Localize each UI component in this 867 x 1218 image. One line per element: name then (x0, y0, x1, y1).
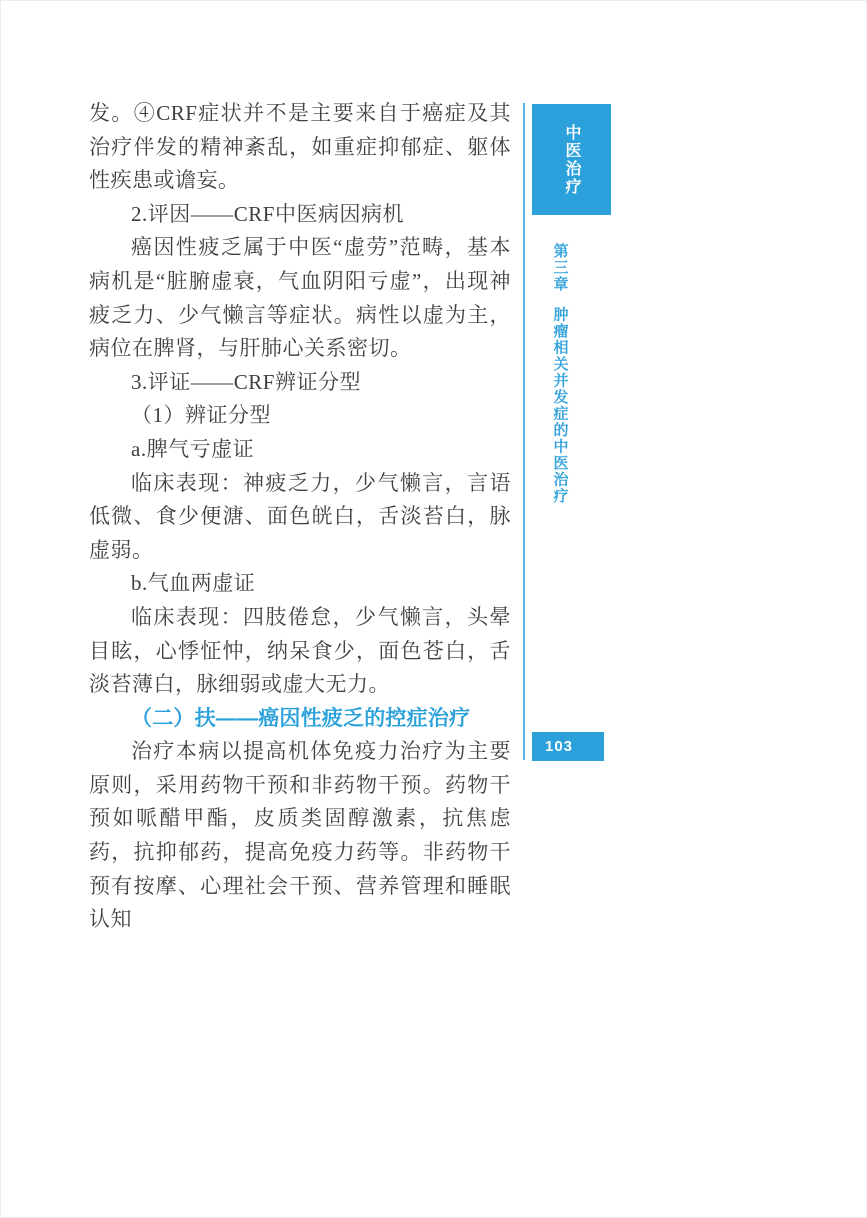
paragraph: 临床表现：神疲乏力，少气懒言，言语低微、食少便溏、面色㿠白，舌淡苔白，脉虚弱。 (89, 467, 511, 568)
paragraph: 3.评证——CRF辨证分型 (89, 366, 511, 400)
paragraph: b.气血两虚证 (89, 567, 511, 601)
body-text-column: 发。④CRF症状并不是主要来自于癌症及其治疗伴发的精神紊乱，如重症抑郁症、躯体性… (89, 97, 511, 937)
page-number: 103 (532, 738, 573, 755)
section-heading: （二）扶——癌因性疲乏的控症治疗 (89, 702, 511, 736)
chapter-title: 肿瘤相关并发症的中医治疗 (552, 307, 569, 505)
paragraph: a.脾气亏虚证 (89, 433, 511, 467)
paragraph: 2.评因——CRF中医病因病机 (89, 198, 511, 232)
paragraph: 治疗本病以提高机体免疫力治疗为主要原则，采用药物干预和非药物干预。药物干预如哌醋… (89, 735, 511, 937)
paragraph: 发。④CRF症状并不是主要来自于癌症及其治疗伴发的精神紊乱，如重症抑郁症、躯体性… (89, 97, 511, 198)
sidebar-vertical-rule (523, 103, 525, 760)
book-page: 发。④CRF症状并不是主要来自于癌症及其治疗伴发的精神紊乱，如重症抑郁症、躯体性… (0, 0, 867, 1218)
page-number-box: 103 (532, 732, 604, 761)
chapter-title-strip: 第三章肿瘤相关并发症的中医治疗 (532, 243, 588, 505)
section-tab-label: 中医治疗 (560, 124, 583, 196)
paragraph: （1）辨证分型 (89, 399, 511, 433)
chapter-number: 第三章 (550, 243, 571, 293)
paragraph: 临床表现：四肢倦怠，少气懒言，头晕目眩，心悸怔忡，纳呆食少，面色苍白，舌淡苔薄白… (89, 601, 511, 702)
paragraph: 癌因性疲乏属于中医“虚劳”范畴，基本病机是“脏腑虚衰，气血阴阳亏虚”，出现神疲乏… (89, 231, 511, 365)
section-tab: 中医治疗 (532, 104, 611, 215)
